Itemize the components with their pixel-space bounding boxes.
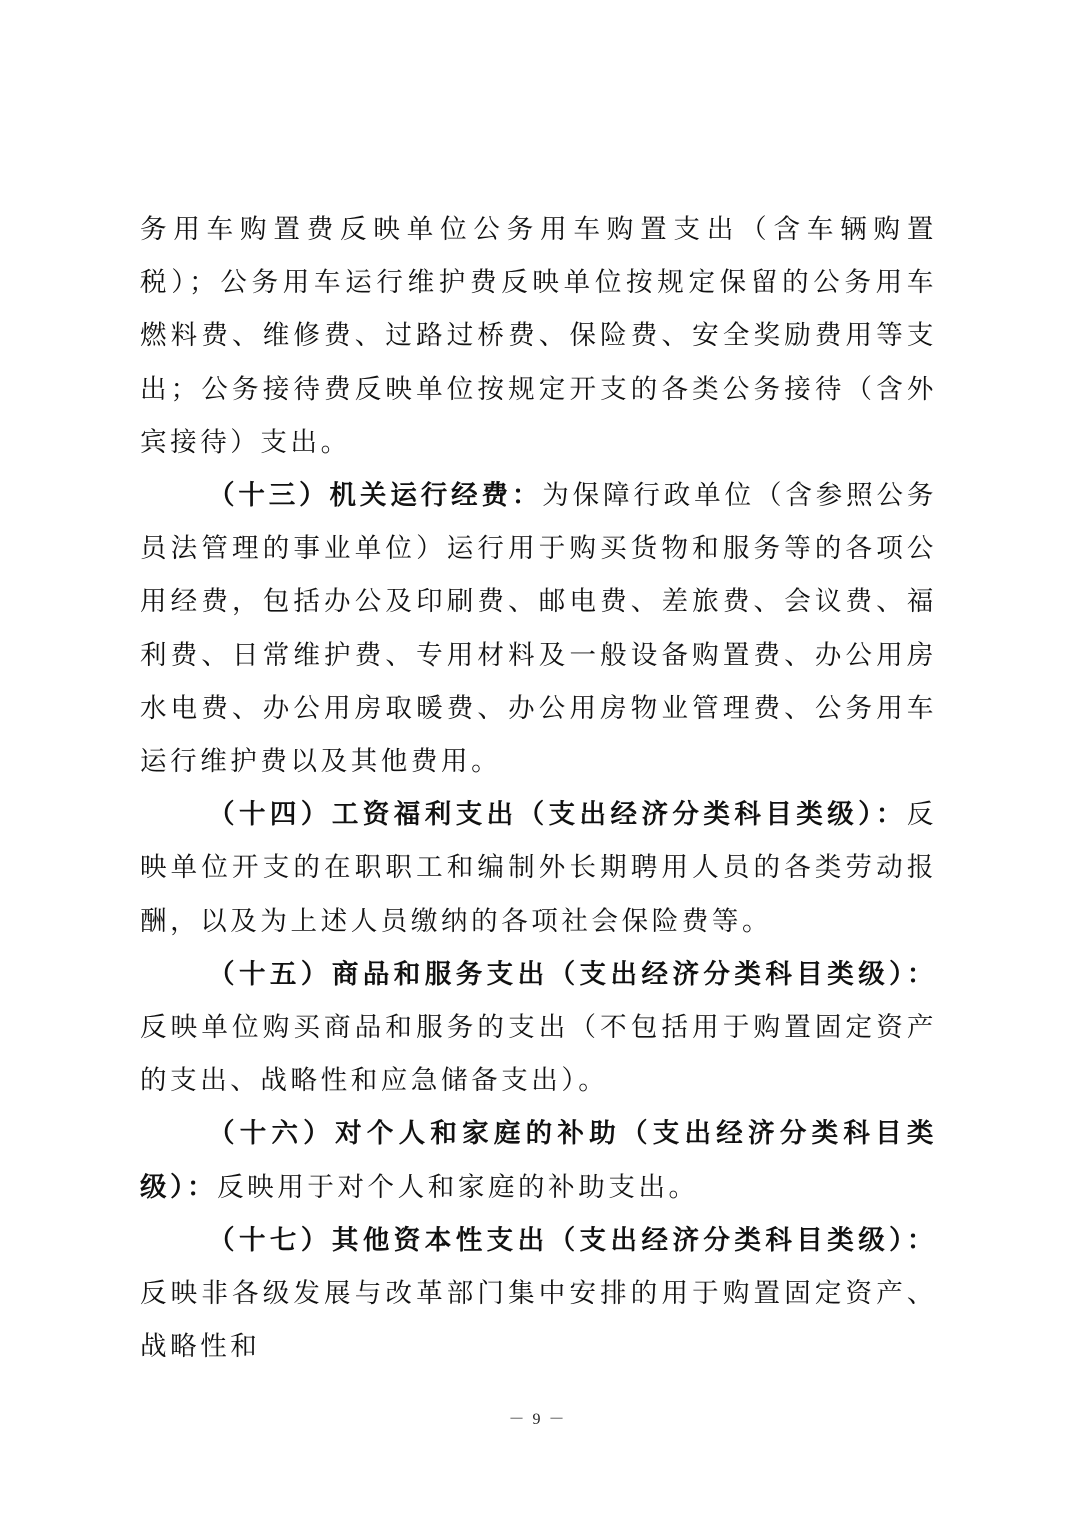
section-heading: （十三）机关运行经费： (208, 480, 542, 511)
paragraph-continuation: 务用车购置费反映单位公务用车购置支出（含车辆购置税）；公务用车运行维护费反映单位… (140, 203, 937, 469)
paragraph-text: 为保障行政单位（含参照公务员法管理的事业单位）运行用于购买货物和服务等的各项公用… (140, 480, 937, 777)
section-heading: （十七）其他资本性支出（支出经济分类科目类级）： (208, 1225, 937, 1256)
paragraph-section-13: （十三）机关运行经费：为保障行政单位（含参照公务员法管理的事业单位）运行用于购买… (140, 469, 937, 788)
section-heading: （十四）工资福利支出（支出经济分类科目类级）： (208, 799, 907, 830)
paragraph-text: 反映单位购买商品和服务的支出（不包括用于购置固定资产的支出、战略性和应急储备支出… (140, 1012, 937, 1096)
paragraph-text: 反映非各级发展与改革部门集中安排的用于购置固定资产、战略性和 (140, 1278, 937, 1362)
paragraph-section-17: （十七）其他资本性支出（支出经济分类科目类级）：反映非各级发展与改革部门集中安排… (140, 1214, 937, 1374)
paragraph-text: 务用车购置费反映单位公务用车购置支出（含车辆购置税）；公务用车运行维护费反映单位… (140, 214, 937, 458)
section-heading: （十五）商品和服务支出（支出经济分类科目类级）： (208, 959, 937, 990)
paragraph-section-14: （十四）工资福利支出（支出经济分类科目类级）：反映单位开支的在职职工和编制外长期… (140, 788, 937, 948)
page-number: － 9 － (0, 1406, 1075, 1429)
paragraph-section-16: （十六）对个人和家庭的补助（支出经济分类科目类级）：反映用于对个人和家庭的补助支… (140, 1107, 937, 1213)
document-page-body: 务用车购置费反映单位公务用车购置支出（含车辆购置税）；公务用车运行维护费反映单位… (140, 203, 937, 1373)
paragraph-text: 反映用于对个人和家庭的补助支出。 (217, 1172, 699, 1203)
paragraph-section-15: （十五）商品和服务支出（支出经济分类科目类级）：反映单位购买商品和服务的支出（不… (140, 948, 937, 1108)
